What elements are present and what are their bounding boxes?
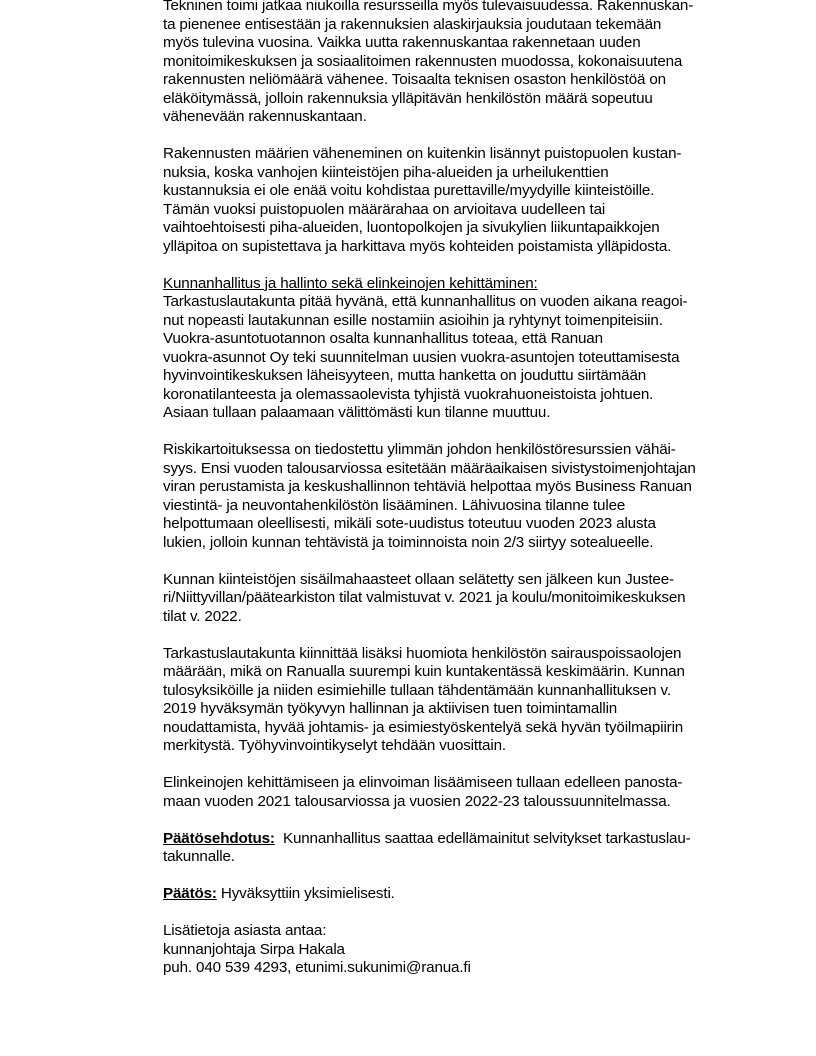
text-line: 2019 hyväksymän työkyvyn hallinnan ja ak… xyxy=(163,700,763,719)
text-line: nuksia, koska vanhojen kiinteistöjen pih… xyxy=(163,164,763,183)
text-line: Tämän vuoksi puistopuolen määrärahaa on … xyxy=(163,201,763,220)
text-line: Tarkastuslautakunta kiinnittää lisäksi h… xyxy=(163,645,763,664)
text-line: vuokra-asunnot Oy teki suunnitelman uusi… xyxy=(163,349,763,368)
contact-details: puh. 040 539 4293, etunimi.sukunimi@ranu… xyxy=(163,959,763,978)
text-line: ta pienenee entisestään ja rakennuksien … xyxy=(163,16,763,35)
paragraph-sairauspoissaolot: Tarkastuslautakunta kiinnittää lisäksi h… xyxy=(163,645,763,756)
text-line: tulosyksiköille ja niiden esimiehille tu… xyxy=(163,682,763,701)
text-line: helpottumaan oleellisesti, mikäli sote-u… xyxy=(163,515,763,534)
contact-person: kunnanjohtaja Sirpa Hakala xyxy=(163,941,763,960)
paragraph-puistopuoli: Rakennusten määrien väheneminen on kuite… xyxy=(163,145,763,256)
decision-text: Hyväksyttiin yksimielisesti. xyxy=(217,885,395,902)
text-line: Kunnan kiinteistöjen sisäilmahaasteet ol… xyxy=(163,571,763,590)
text-line: koronatilanteesta ja olemassaolevista ty… xyxy=(163,386,763,405)
text-line: Asiaan tullaan palaamaan välittömästi ku… xyxy=(163,404,763,423)
text-line: määrään, mikä on Ranualla suurempi kuin … xyxy=(163,663,763,682)
text-line: syys. Ensi vuoden talousarviossa esitetä… xyxy=(163,460,763,479)
decision-label: Päätös: xyxy=(163,885,217,902)
paragraph-riskikartoitus: Riskikartoituksessa on tiedostettu ylimm… xyxy=(163,441,763,552)
proposal-line-2: takunnalle. xyxy=(163,848,763,867)
text-line: vähenevään rakennuskantaan. xyxy=(163,108,763,127)
paragraph-kunnanhallitus: Tarkastuslautakunta pitää hyvänä, että k… xyxy=(163,293,763,423)
text-line: myös tulevina vuosina. Vaikka uutta rake… xyxy=(163,34,763,53)
text-line: rakennusten neliömäärä vähenee. Toisaalt… xyxy=(163,71,763,90)
text-line: eläköitymässä, jolloin rakennuksia ylläp… xyxy=(163,90,763,109)
paragraph-elinkeinot: Elinkeinojen kehittämiseen ja elinvoiman… xyxy=(163,774,763,811)
text-line: merkitystä. Työhyvinvointikyselyt tehdää… xyxy=(163,737,763,756)
proposal-text: Kunnanhallitus saattaa edellämainitut se… xyxy=(275,830,691,847)
text-line: Elinkeinojen kehittämiseen ja elinvoiman… xyxy=(163,774,763,793)
section-heading-kunnanhallitus: Kunnanhallitus ja hallinto sekä elinkein… xyxy=(163,275,763,294)
paragraph-tekninen-toimi: Tekninen toimi jatkaa niukoilla resursse… xyxy=(163,0,763,127)
text-line: monitoimikeskuksen ja sosiaalitoimen rak… xyxy=(163,53,763,72)
text-line: viestintä- ja neuvontahenkilöstön lisääm… xyxy=(163,497,763,516)
text-line: ri/Niittyvillan/päätearkiston tilat valm… xyxy=(163,589,763,608)
text-line: kustannuksia ei ole enää voitu kohdistaa… xyxy=(163,182,763,201)
paragraph-sisailma: Kunnan kiinteistöjen sisäilmahaasteet ol… xyxy=(163,571,763,627)
text-line: ylläpitoa on supistettava ja harkittava … xyxy=(163,238,763,257)
text-line: Tekninen toimi jatkaa niukoilla resursse… xyxy=(163,0,763,16)
text-line: Riskikartoituksessa on tiedostettu ylimm… xyxy=(163,441,763,460)
decision-line: Päätös: Hyväksyttiin yksimielisesti. xyxy=(163,885,763,904)
text-line: nut nopeasti lautakunnan esille nostamii… xyxy=(163,312,763,331)
text-line: tilat v. 2022. xyxy=(163,608,763,627)
text-line: Tarkastuslautakunta pitää hyvänä, että k… xyxy=(163,293,763,312)
text-line: Rakennusten määrien väheneminen on kuite… xyxy=(163,145,763,164)
text-line: viran perustamista ja keskushallinnon te… xyxy=(163,478,763,497)
contact-intro: Lisätietoja asiasta antaa: xyxy=(163,922,763,941)
text-line: lukien, jolloin kunnan tehtävistä ja toi… xyxy=(163,534,763,553)
text-line: maan vuoden 2021 talousarviossa ja vuosi… xyxy=(163,793,763,812)
document-page: Tekninen toimi jatkaa niukoilla resursse… xyxy=(163,0,763,978)
text-line: Vuokra-asuntotuotannon osalta kunnanhall… xyxy=(163,330,763,349)
text-line: noudattamista, hyvää johtamis- ja esimie… xyxy=(163,719,763,738)
text-line: vaihtoehtoisesti piha-alueiden, luontopo… xyxy=(163,219,763,238)
proposal-line-1: Päätösehdotus: Kunnanhallitus saattaa ed… xyxy=(163,830,763,849)
proposal-label: Päätösehdotus: xyxy=(163,830,275,847)
text-line: hyvinvointikeskuksen läheisyyteen, mutta… xyxy=(163,367,763,386)
